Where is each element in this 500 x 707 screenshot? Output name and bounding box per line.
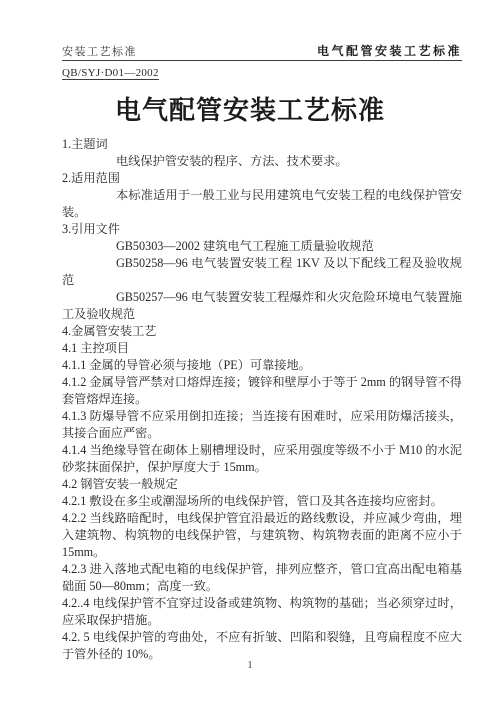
document-body: 1.主题词电线保护管安装的程序、方法、技术要求。2.适用范围本标准适用于一般工业… [62,136,462,663]
document-page: 安装工艺标准 电气配管安装工艺标准 QB/SYJ·D01—2002 电气配管安装… [0,0,500,707]
paragraph: 4.2.2 当线路暗配时，电线保护管宜沿最近的路线敷设，并应减少弯曲，埋入建筑物… [62,510,462,561]
paragraph: 4.1 主控项目 [62,340,462,357]
paragraph: 本标准适用于一般工业与民用建筑电气安装工程的电线保护管安装。 [62,187,462,221]
header-left-title: 安装工艺标准 [62,43,137,59]
paragraph: 4.2..4 电线保护管不宜穿过设备或建筑物、构筑物的基础；当必须穿过时，应采取… [62,595,462,629]
paragraph: 4.金属管安装工艺 [62,323,462,340]
header-rule-row: 安装工艺标准 电气配管安装工艺标准 [62,42,462,61]
header-code-row: QB/SYJ·D01—2002 [62,63,462,81]
page-number: 1 [247,659,253,671]
document-code: QB/SYJ·D01—2002 [62,67,159,80]
paragraph: 4.2.3 进入落地式配电箱的电线保护管，排列应整齐，管口宜高出配电箱基础面 5… [62,561,462,595]
paragraph: GB50303—2002 建筑电气工程施工质量验收规范 [62,238,462,255]
page-footer: 1 [0,655,500,673]
paragraph: 1.主题词 [62,136,462,153]
paragraph: 4.1.2 金属导管严禁对口熔焊连接；镀锌和壁厚小于等于 2mm 的钢导管不得套… [62,374,462,408]
paragraph: 4.1.4 当绝缘导管在砌体上剔槽埋设时，应采用强度等级不小于 M10 的水泥砂… [62,442,462,476]
header-right-title: 电气配管安装工艺标准 [317,42,462,59]
paragraph: 电线保护管安装的程序、方法、技术要求。 [62,153,462,170]
document-title: 电气配管安装工艺标准 [0,90,500,127]
paragraph: 3.引用文件 [62,221,462,238]
paragraph: 4.2.1 敷设在多尘或潮湿场所的电线保护管，管口及其各连接均应密封。 [62,493,462,510]
paragraph: GB50257—96 电气装置安装工程爆炸和火灾危险环境电气装置施工及验收规范 [62,289,462,323]
page-header: 安装工艺标准 电气配管安装工艺标准 QB/SYJ·D01—2002 [62,42,462,81]
paragraph: 4.2 钢管安装一般规定 [62,476,462,493]
paragraph: GB50258—96 电气装置安装工程 1KV 及以下配线工程及验收规范 [62,255,462,289]
paragraph: 4.1.1 金属的导管必须与接地（PE）可靠接地。 [62,357,462,374]
paragraph: 4.1.3 防爆导管不应采用倒扣连接；当连接有困难时，应采用防爆活接头，其接合面… [62,408,462,442]
paragraph: 2.适用范围 [62,170,462,187]
